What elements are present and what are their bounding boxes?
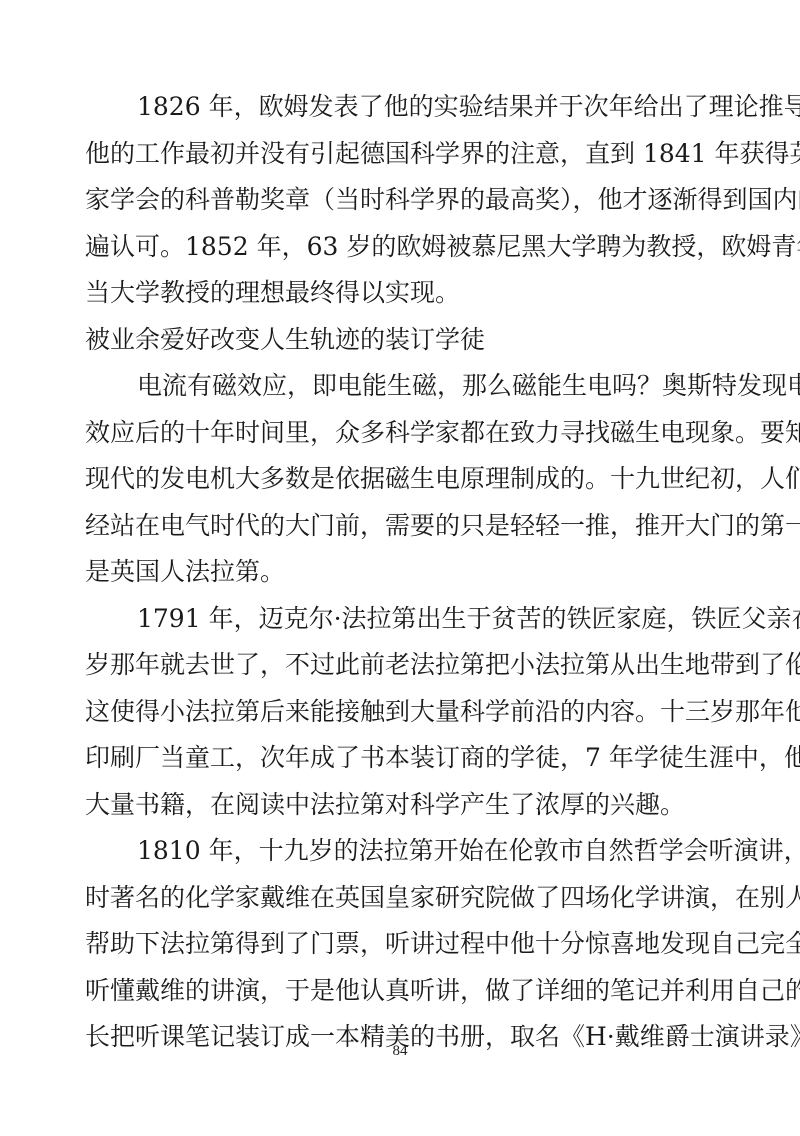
page-number: 84 xyxy=(0,1043,800,1060)
text-line: 1826 年，欧姆发表了他的实验结果并于次年给出了理论推导，不过 xyxy=(85,84,717,131)
text-line: 这使得小法拉第后来能接触到大量科学前沿的内容。十三岁那年他在 xyxy=(85,689,717,736)
paragraph-4: 1810 年，十九岁的法拉第开始在伦敦市自然哲学会听演讲，一次当 时著名的化学家… xyxy=(85,828,717,1061)
text-line: 家学会的科普勒奖章（当时科学界的最高奖），他才逐渐得到国内的普 xyxy=(85,177,717,224)
paragraph-1: 1826 年，欧姆发表了他的实验结果并于次年给出了理论推导，不过 他的工作最初并… xyxy=(85,84,717,317)
paragraph-2: 电流有磁效应，即电能生磁，那么磁能生电吗？奥斯特发现电流磁 效应后的十年时间里，… xyxy=(85,363,717,596)
text-line: 听懂戴维的讲演，于是他认真听讲，做了详细的笔记并利用自己的专 xyxy=(85,968,717,1015)
text-line: 印刷厂当童工，次年成了书本装订商的学徒，7 年学徒生涯中，他读过 xyxy=(85,735,717,782)
text-line: 效应后的十年时间里，众多科学家都在致力寻找磁生电现象。要知道 xyxy=(85,410,717,457)
paragraph-3: 1791 年，迈克尔·法拉第出生于贫苦的铁匠家庭，铁匠父亲在他九 岁那年就去世了… xyxy=(85,596,717,829)
text-line: 大量书籍，在阅读中法拉第对科学产生了浓厚的兴趣。 xyxy=(85,782,717,829)
text-line: 时著名的化学家戴维在英国皇家研究院做了四场化学讲演，在别人的 xyxy=(85,875,717,922)
document-page: 1826 年，欧姆发表了他的实验结果并于次年给出了理论推导，不过 他的工作最初并… xyxy=(85,84,717,1061)
text-line: 1791 年，迈克尔·法拉第出生于贫苦的铁匠家庭，铁匠父亲在他九 xyxy=(85,596,717,643)
text-line: 遍认可。1852 年，63 岁的欧姆被慕尼黑大学聘为教授，欧姆青年时代 xyxy=(85,224,717,271)
text-line: 他的工作最初并没有引起德国科学界的注意，直到 1841 年获得英国皇 xyxy=(85,131,717,178)
section-heading: 被业余爱好改变人生轨迹的装订学徒 xyxy=(85,317,717,364)
text-line: 电流有磁效应，即电能生磁，那么磁能生电吗？奥斯特发现电流磁 xyxy=(85,363,717,410)
text-line: 当大学教授的理想最终得以实现。 xyxy=(85,270,717,317)
text-line: 现代的发电机大多数是依据磁生电原理制成的。十九世纪初，人们已 xyxy=(85,456,717,503)
text-line: 经站在电气时代的大门前，需要的只是轻轻一推，推开大门的第一人 xyxy=(85,503,717,550)
text-line: 是英国人法拉第。 xyxy=(85,549,717,596)
text-line: 帮助下法拉第得到了门票，听讲过程中他十分惊喜地发现自己完全能 xyxy=(85,921,717,968)
text-line: 岁那年就去世了，不过此前老法拉第把小法拉第从出生地带到了伦敦， xyxy=(85,642,717,689)
text-line: 1810 年，十九岁的法拉第开始在伦敦市自然哲学会听演讲，一次当 xyxy=(85,828,717,875)
